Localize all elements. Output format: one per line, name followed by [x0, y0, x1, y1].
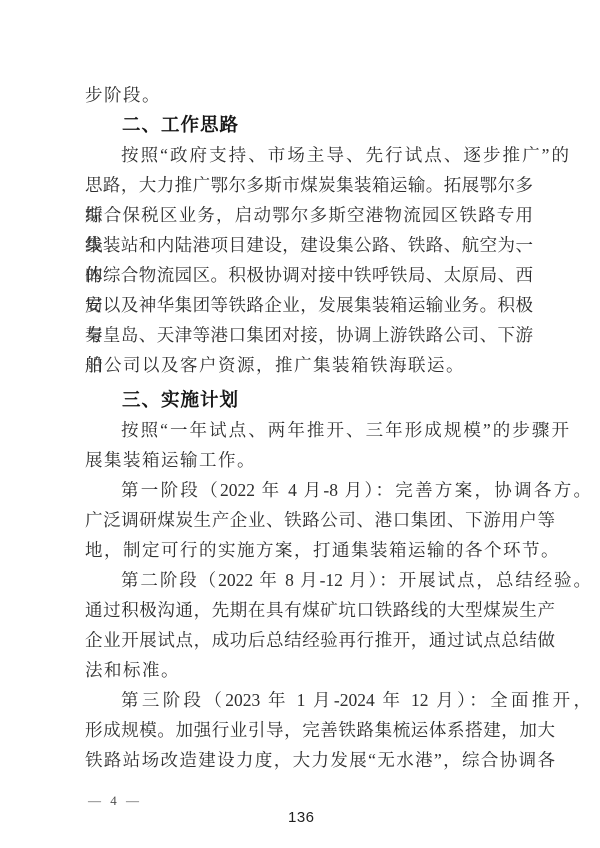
section-heading: 二、工作思路 — [85, 110, 592, 140]
text-line: 思路，大力推广鄂尔多斯市煤炭集装箱运输。拓展鄂尔多斯 — [85, 170, 533, 200]
text-line: 舶公司以及客户资源，推广集装箱铁海联运。 — [85, 350, 555, 380]
document-page: 步阶段。 二、工作思路 按照“政府支持、市场主导、先行试点、逐步推广”的 思路，… — [0, 0, 600, 848]
text-line: 按照“一年试点、两年推开、三年形成规模”的步骤开 — [85, 415, 569, 445]
document-body: 步阶段。 二、工作思路 按照“政府支持、市场主导、先行试点、逐步推广”的 思路，… — [85, 80, 555, 775]
text-line: 集装站和内陆港项目建设，建设集公路、铁路、航空为一体 — [85, 230, 533, 260]
text-line: 按照“政府支持、市场主导、先行试点、逐步推广”的 — [85, 140, 569, 170]
text-line: 第一阶段（2022 年 4 月-8 月）：完善方案，协调各方。 — [85, 475, 591, 505]
text-line: 形成规模。加强行业引导，完善铁路集梳运体系搭建，加大 — [85, 715, 555, 745]
text-line: 综合保税区业务，启动鄂尔多斯空港物流园区铁路专用线、 — [85, 200, 533, 230]
text-line: 地，制定可行的实施方案，打通集装箱运输的各个环节。 — [85, 535, 555, 565]
viewer-page-number: 136 — [288, 809, 315, 826]
text-line: 展集装箱运输工作。 — [85, 445, 555, 475]
text-line: 通过积极沟通，先期在具有煤矿坑口铁路线的大型煤炭生产 — [85, 595, 555, 625]
text-line: 企业开展试点，成功后总结经验再行推开，通过试点总结做 — [85, 625, 555, 655]
text-line: 广泛调研煤炭生产企业、铁路公司、港口集团、下游用户等 — [85, 505, 555, 535]
text-line: 的综合物流园区。积极协调对接中铁呼铁局、太原局、西安 — [85, 260, 533, 290]
text-line: 铁路站场改造建设力度，大力发展“无水港”，综合协调各 — [85, 745, 555, 775]
text-line: 步阶段。 — [85, 80, 555, 110]
text-line: 局以及神华集团等铁路企业，发展集装箱运输业务。积极与 — [85, 290, 533, 320]
text-line: 第三阶段（2023 年 1 月-2024 年 12 月）：全面推开， — [85, 685, 591, 715]
document-page-label: — 4 — — [88, 793, 142, 809]
text-line: 法和标准。 — [85, 655, 555, 685]
text-line: 秦皇岛、天津等港口集团对接，协调上游铁路公司、下游船 — [85, 320, 533, 350]
text-line: 第二阶段（2022 年 8 月-12 月）：开展试点，总结经验。 — [85, 565, 591, 595]
section-heading: 三、实施计划 — [85, 385, 592, 415]
